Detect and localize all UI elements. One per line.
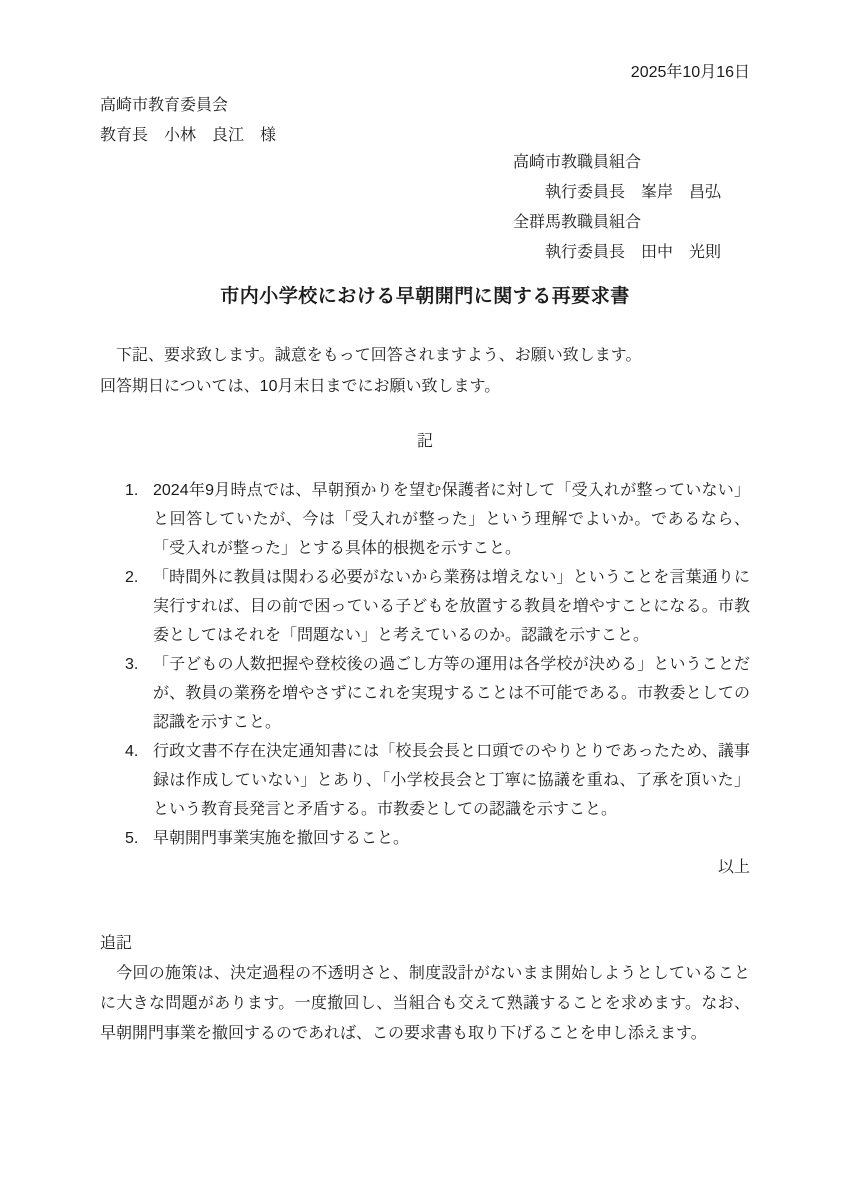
demand-text: 早朝開門事業実施を撤回すること。 xyxy=(153,830,409,847)
postscript: 追記 今回の施策は、決定過程の不透明さと、制度設計がないまま開始しようとしている… xyxy=(100,929,750,1049)
recipient-person: 教育長 小林 良江 様 xyxy=(100,121,750,151)
demand-text: 行政文書不存在決定通知書には「校長会長と口頭でのやりとりであったため、議事録は作… xyxy=(153,743,750,818)
record-marker: 記 xyxy=(100,427,750,457)
demand-text: 「子どもの人数把握や登校後の過ごし方等の運用は各学校が決める」ということだが、教… xyxy=(153,656,750,731)
demand-list: 1. 2024年9月時点では、早朝預かりを望む保護者に対して「受入れが整っていな… xyxy=(100,476,750,853)
sender-organization: 全群馬教職員組合 xyxy=(513,208,750,238)
demand-item: 1. 2024年9月時点では、早朝預かりを望む保護者に対して「受入れが整っていな… xyxy=(100,476,750,563)
recipient-organization: 高崎市教育委員会 xyxy=(100,91,750,121)
demand-number: 4. xyxy=(125,737,151,766)
demand-number: 2. xyxy=(125,563,151,592)
demand-item: 2. 「時間外に教員は関わる必要がないから業務は増えない」ということを言葉通りに… xyxy=(100,563,750,650)
letter-page: 2025年10月16日 高崎市教育委員会 教育長 小林 良江 様 高崎市教職員組… xyxy=(0,0,849,1200)
postscript-label: 追記 xyxy=(100,929,750,959)
demand-number: 5. xyxy=(125,824,151,853)
demand-number: 1. xyxy=(125,476,151,505)
recipient-block: 高崎市教育委員会 教育長 小林 良江 様 xyxy=(100,91,750,151)
sender-representative: 執行委員長 田中 光則 xyxy=(513,238,750,268)
demand-text: 2024年9月時点では、早朝預かりを望む保護者に対して「受入れが整っていない」と… xyxy=(153,482,750,557)
closing-marker: 以上 xyxy=(100,853,750,883)
demand-item: 4. 行政文書不存在決定通知書には「校長会長と口頭でのやりとりであったため、議事… xyxy=(100,737,750,824)
intro-line: 下記、要求致します。誠意をもって回答されますよう、お願い致します。 xyxy=(100,340,750,371)
document-title: 市内小学校における早朝開門に関する再要求書 xyxy=(100,284,750,310)
demand-item: 3. 「子どもの人数把握や登校後の過ごし方等の運用は各学校が決める」ということだ… xyxy=(100,650,750,737)
sender-representative: 執行委員長 峯岸 昌弘 xyxy=(513,178,750,208)
intro-paragraph: 下記、要求致します。誠意をもって回答されますよう、お願い致します。 回答期日につ… xyxy=(100,340,750,402)
sender-organization: 高崎市教職員組合 xyxy=(513,148,750,178)
postscript-body: 今回の施策は、決定過程の不透明さと、制度設計がないまま開始しようとしていることに… xyxy=(100,959,750,1049)
demand-number: 3. xyxy=(125,650,151,679)
demand-text: 「時間外に教員は関わる必要がないから業務は増えない」ということを言葉通りに実行す… xyxy=(153,569,750,644)
sender-block: 高崎市教職員組合 執行委員長 峯岸 昌弘 全群馬教職員組合 執行委員長 田中 光… xyxy=(513,148,750,268)
letter-content: 2025年10月16日 高崎市教育委員会 教育長 小林 良江 様 高崎市教職員組… xyxy=(0,0,849,1049)
intro-line: 回答期日については、10月末日までにお願い致します。 xyxy=(100,371,750,402)
document-date: 2025年10月16日 xyxy=(100,58,750,88)
demand-item: 5. 早朝開門事業実施を撤回すること。 xyxy=(100,824,750,853)
